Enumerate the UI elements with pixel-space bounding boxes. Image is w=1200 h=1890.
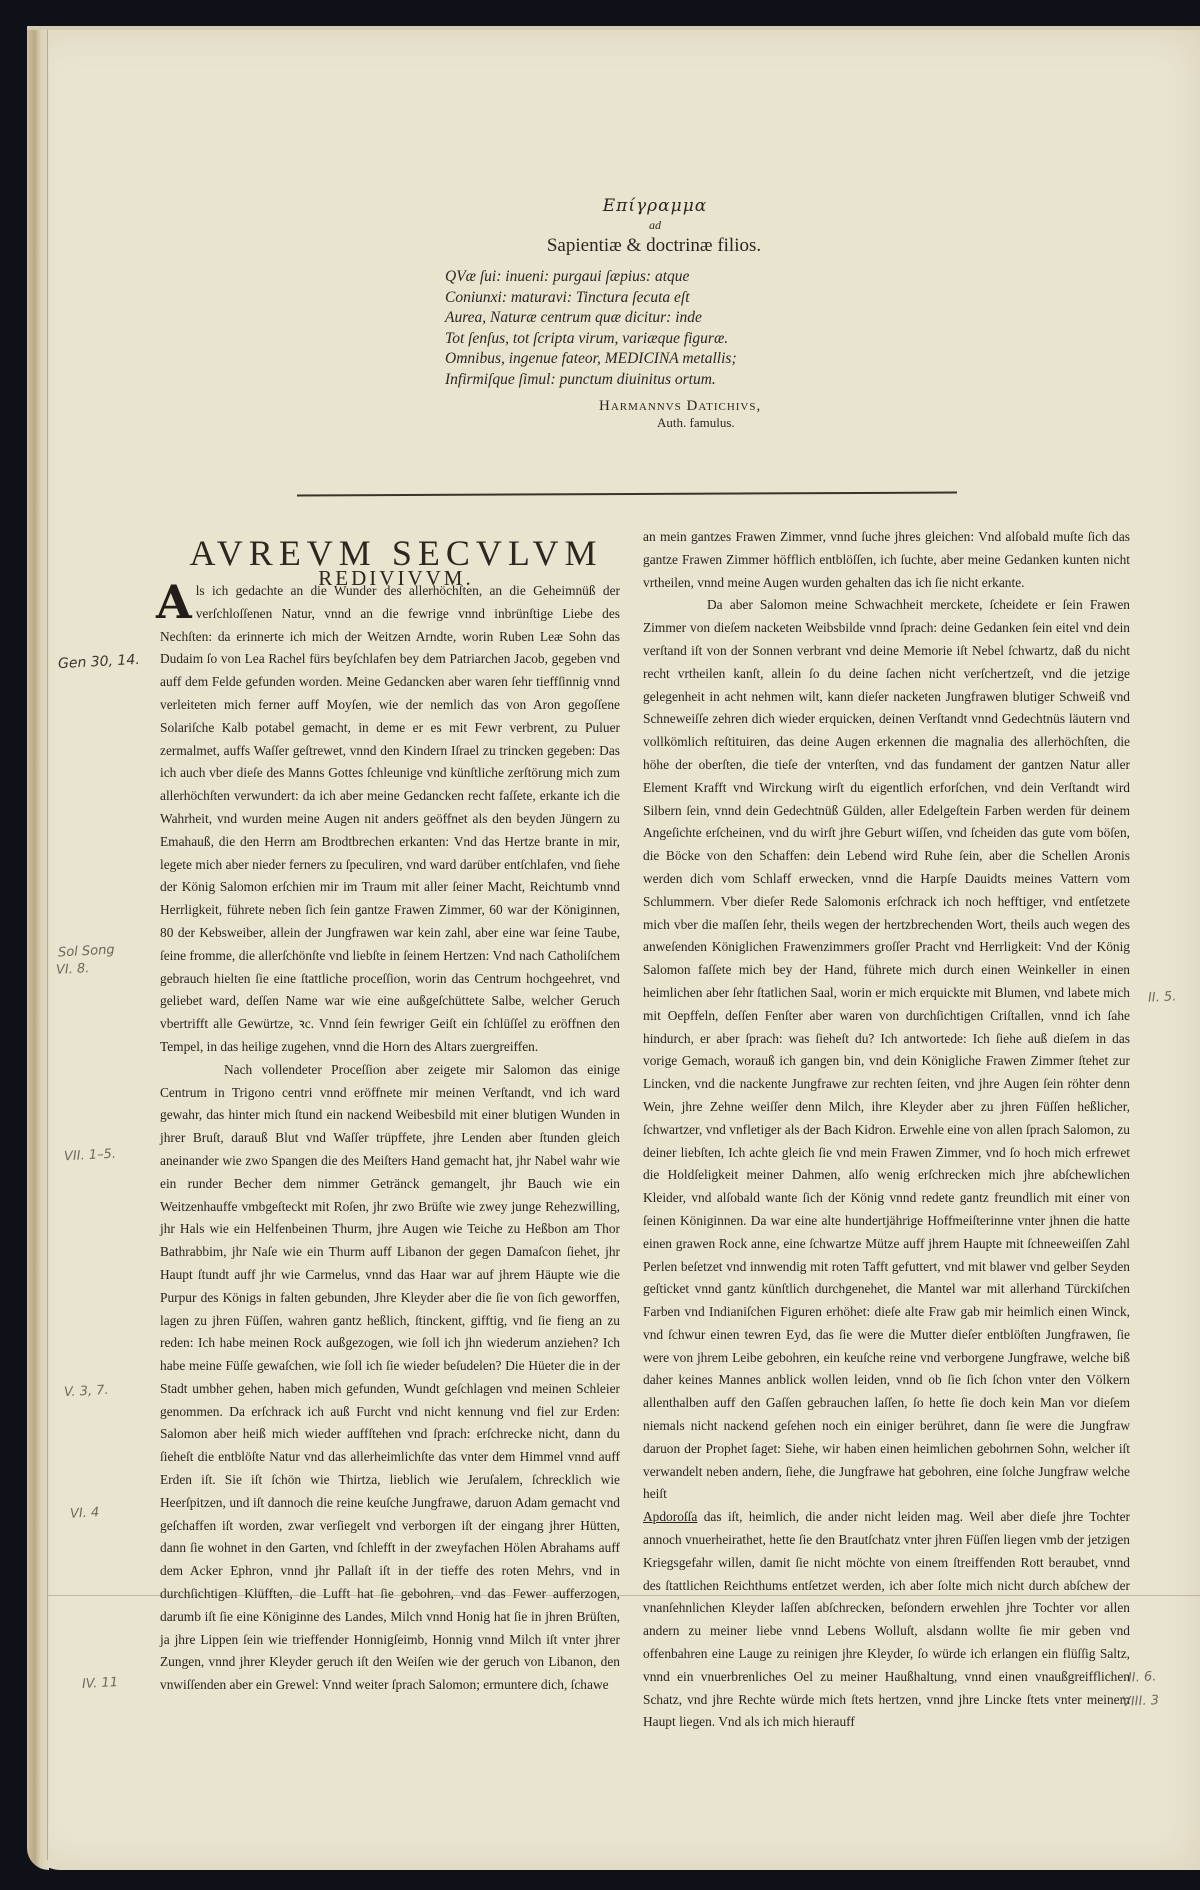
verse-line: Infirmiſque ſimul: punctum diuinitus ort… [445,370,825,391]
margin-note-viii3: VIII. 3 [1122,1693,1160,1710]
paragraph-text: das iſt, heimlich, die ander nicht leide… [643,1509,1130,1729]
paragraph: an mein gantzes Frawen Zimmer, vnnd ſuch… [643,526,1130,594]
paragraph-text: Da aber Salomon meine Schwachheit mercke… [643,597,1130,1501]
epigram-dedication: Sapientiæ & doctrinæ filios. [483,235,825,257]
epigram-block: Επίγραμμα ad Sapientiæ & doctrinæ filios… [445,196,825,431]
paragraph: Nach vollendeter Proceſſion aber zeigete… [160,1059,620,1697]
verse-line: Aurea, Naturæ centrum quæ dicitur: inde [445,308,825,329]
margin-note-v: V. 3, 7. [64,1383,109,1400]
left-text-column: Als ich gedachte an die Wunder des aller… [160,580,620,1697]
margin-note-sol-song: Sol Song [58,943,115,961]
paragraph: Da aber Salomon meine Schwachheit mercke… [643,594,1130,1506]
verse-line: Omnibus, ingenue fateor, MEDICINA metall… [445,349,825,370]
epigram-verses: QVæ ſui: inueni: purgaui ſæpius: atque C… [445,267,825,390]
paragraph-text: ls ich gedachte an die Wunder des allerh… [160,583,620,1054]
page-binding-edge [27,30,49,1870]
epigram-author: Harmannvs Datichivs, [599,398,825,415]
paragraph: Apdoroſſa das iſt, heimlich, die ander n… [643,1506,1130,1734]
margin-note-sol-song-ref: VI. 8. [56,961,90,978]
verse-line: QVæ ſui: inueni: purgaui ſæpius: atque [445,267,825,288]
epigram-ad: ad [485,218,825,233]
epigram-author-role: Auth. famulus. [657,415,825,431]
margin-note-ii5: II. 5. [1148,989,1177,1005]
epigram-greek-heading: Επίγραμμα [485,196,825,216]
right-text-column: an mein gantzes Frawen Zimmer, vnnd ſuch… [643,526,1130,1734]
margin-note-iv: IV. 11 [82,1675,119,1692]
drop-cap: A [156,582,192,622]
margin-note-ii6: II. 6. [1128,1669,1157,1685]
verse-line: Coniunxi: maturavi: Tinctura ſecuta eſt [445,288,825,309]
margin-note-vii: VII. 1–5. [64,1147,117,1165]
paragraph: Als ich gedachte an die Wunder des aller… [160,580,620,1059]
margin-note-vi: VI. 4 [70,1505,100,1522]
underlined-word: Apdoroſſa [643,1509,697,1524]
verse-line: Tot ſenſus, tot ſcripta virum, variæque … [445,329,825,350]
page-edge-line [47,30,48,1860]
